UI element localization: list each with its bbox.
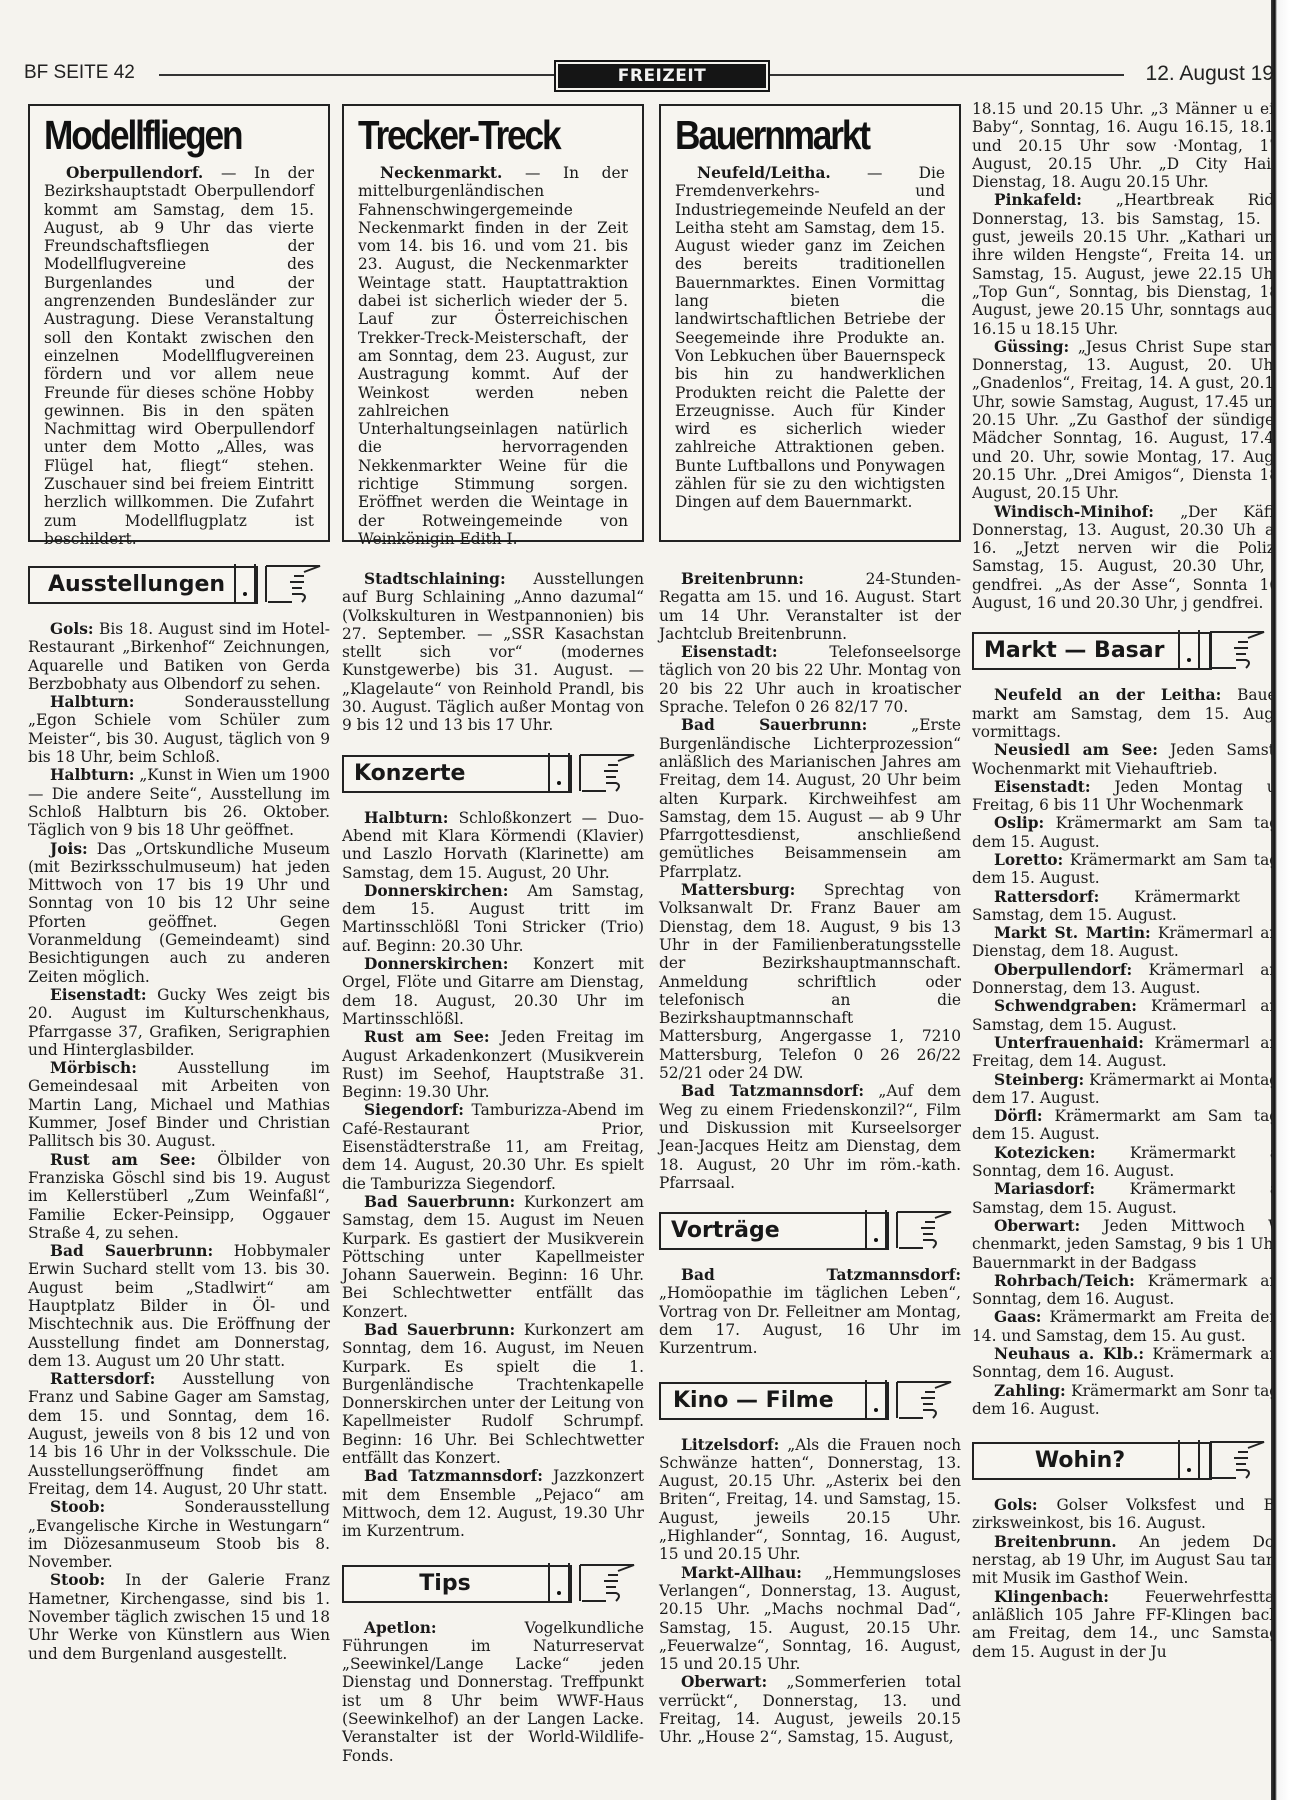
- listing-entry: Rattersdorf: Krämermarkt a Samstag, dem …: [972, 888, 1272, 925]
- listing-entry: Stoob: Sonderausstellung „Evangelische K…: [28, 1498, 330, 1571]
- masthead-rule-left: [159, 74, 554, 76]
- section-header-vortraege: Vorträge: [659, 1212, 961, 1252]
- listing-entry: Gaas: Krämermarkt am Freita dem 14. und …: [972, 1308, 1272, 1345]
- section-header-wohin: Wohin?: [972, 1442, 1272, 1482]
- listing-entry: Halbturn: Schloßkonzert — Duo-Abend mit …: [342, 809, 644, 882]
- dot-icon: [234, 564, 256, 602]
- section-title: Ausstellungen: [48, 568, 225, 602]
- listing-entry: Donnerskirchen: Konzert mit Orgel, Flöte…: [342, 955, 644, 1028]
- column-3: Breitenbrunn: 24-Stunden-Regatta am 15. …: [659, 570, 961, 1747]
- feature-trecker-treck: Trecker-Treck Neckenmarkt. — In der mitt…: [342, 104, 644, 542]
- listing-entry: Eisenstadt: Telefonseelsorge täglich von…: [659, 643, 961, 716]
- listing-entry: Mörbisch: Ausstellung im Gemeindesaal mi…: [28, 1059, 330, 1150]
- listing-entry: Rust am See: Ölbilder von Franziska Gösc…: [28, 1151, 330, 1242]
- listing-entry: Zahling: Krämermarkt am Sonr tag, dem 16…: [972, 1382, 1272, 1419]
- listing-entry: Güssing: „Jesus Christ Supe star“, Donne…: [972, 338, 1272, 503]
- listing-entry: Steinberg: Krämermarkt ai Montag, dem 17…: [972, 1071, 1272, 1108]
- listing-entry: Schwendgraben: Krämermarl am Samstag, de…: [972, 997, 1272, 1034]
- listing-entry: Bad Sauerbrunn: Kurkonzert am Samstag, d…: [342, 1193, 644, 1321]
- listing-entry: Siegendorf: Tamburizza-Abend im Café-Res…: [342, 1101, 644, 1192]
- section-title: Vorträge: [671, 1214, 780, 1248]
- issue-date: 12. August 19: [1146, 62, 1274, 86]
- listing-entry: Bad Tatzmannsdorf: „Homöopathie im tägli…: [659, 1266, 961, 1357]
- listing-entry: Breitenbrunn. An jedem Don nerstag, ab 1…: [972, 1533, 1272, 1588]
- section-title: Wohin?: [972, 1444, 1188, 1478]
- listing-entry: Mariasdorf: Krämermarkt ai Samstag, dem …: [972, 1180, 1272, 1217]
- listing-entry: Bad Sauerbrunn: Hobbymaler Erwin Suchard…: [28, 1242, 330, 1370]
- listing-entry: Neufeld an der Leitha: Bauer markt am Sa…: [972, 686, 1272, 741]
- listing-entry: Donnerskirchen: Am Samstag, dem 15. Augu…: [342, 882, 644, 955]
- feature-bauernmarkt: Bauernmarkt Neufeld/Leitha. — Die Fremde…: [659, 104, 961, 542]
- listing-entry: Rohrbach/Teich: Krämermark am Sonntag, d…: [972, 1272, 1272, 1309]
- dot-icon: [1178, 1440, 1200, 1478]
- dot-icon: [548, 1563, 570, 1601]
- section-title: Tips: [342, 1567, 548, 1601]
- listing-entry: Eisenstadt: Gucky Wes zeigt bis 20. Augu…: [28, 986, 330, 1059]
- tips-list-continued: Breitenbrunn: 24-Stunden-Regatta am 15. …: [659, 570, 961, 1192]
- kino-list: Litzelsdorf: „Als die Frauen noch Schwän…: [659, 1436, 961, 1747]
- dot-icon: [865, 1210, 887, 1248]
- section-title: Konzerte: [354, 757, 465, 791]
- feature-title: Bauernmarkt: [675, 112, 907, 158]
- feature-title: Trecker-Treck: [358, 112, 590, 158]
- column-4: 18.15 und 20.15 Uhr. „3 Männer u ein Bab…: [972, 100, 1272, 1800]
- tips-list: Apetlon: Vogelkundliche Führungen im Nat…: [342, 1619, 644, 1765]
- feature-title: Modellfliegen: [44, 112, 276, 158]
- listing-entry: Markt-Allhau: „Hemmungsloses Verlangen“,…: [659, 1564, 961, 1674]
- masthead-rule-right: [770, 74, 1124, 76]
- listing-entry: Bad Tatzmannsdorf: „Auf dem Weg zu einem…: [659, 1082, 961, 1192]
- section-header-kino: Kino — Filme: [659, 1382, 961, 1422]
- listing-entry: Loretto: Krämermarkt am Sam tag, dem 15.…: [972, 851, 1272, 888]
- section-title: Kino — Filme: [673, 1384, 834, 1418]
- listing-entry: Mattersburg: Sprechtag von Volksanwalt D…: [659, 881, 961, 1082]
- listing-entry: Neusiedl am See: Jeden Samsta Wochenmark…: [972, 741, 1272, 778]
- column-1: Ausstellungen Gols: Bis 18. August sind …: [28, 560, 330, 1663]
- feature-dateline: Oberpullendorf.: [66, 164, 203, 182]
- konzerte-list: Halbturn: Schloßkonzert — Duo-Abend mit …: [342, 809, 644, 1541]
- listing-entry: Bad Sauerbrunn: „Erste Burgenländische L…: [659, 716, 961, 881]
- listing-entry: Pinkafeld: „Heartbreak Ridg Donnerstag, …: [972, 191, 1272, 337]
- pointing-hand-icon: [895, 1378, 953, 1422]
- listing-entry: Eisenstadt: Jeden Montag ur Freitag, 6 b…: [972, 778, 1272, 815]
- listing-entry: Stoob: In der Galerie Franz Hametner, Ki…: [28, 1571, 330, 1662]
- listing-entry: Jois: Das „Ortskundliche Museum (mit Bez…: [28, 840, 330, 986]
- section-header-markt: Markt — Basar: [972, 632, 1272, 672]
- listing-entry: Markt St. Martin: Krämermarl am Dienstag…: [972, 924, 1272, 961]
- wohin-list: Gols: Golser Volksfest und Be zirksweink…: [972, 1496, 1272, 1661]
- markt-list: Neufeld an der Leitha: Bauer markt am Sa…: [972, 686, 1272, 1418]
- ausstellungen-list: Gols: Bis 18. August sind im Hotel-Resta…: [28, 620, 330, 1663]
- ausstellungen-list-continued: Stadtschlaining: Ausstellungen auf Burg …: [342, 570, 644, 735]
- pointing-hand-icon: [895, 1208, 953, 1252]
- listing-entry: Breitenbrunn: 24-Stunden-Regatta am 15. …: [659, 570, 961, 643]
- pointing-hand-icon: [578, 1561, 636, 1605]
- listing-entry: Bad Sauerbrunn: Kurkonzert am Sonntag, d…: [342, 1321, 644, 1467]
- section-header-konzerte: Konzerte: [342, 755, 644, 795]
- listing-entry: Stadtschlaining: Ausstellungen auf Burg …: [342, 570, 644, 735]
- listing-entry: Litzelsdorf: „Als die Frauen noch Schwän…: [659, 1436, 961, 1564]
- listing-entry: Rattersdorf: Ausstellung von Franz und S…: [28, 1370, 330, 1498]
- pointing-hand-icon: [578, 751, 636, 795]
- dot-icon: [548, 753, 570, 791]
- section-badge: FREIZEIT: [554, 60, 770, 92]
- listing-entry: Windisch-Minihof: „Der Käfig Donnerstag,…: [972, 503, 1272, 613]
- dot-icon: [865, 1380, 887, 1418]
- listing-entry: Oberwart: Jeden Mittwoch W chenmarkt, je…: [972, 1217, 1272, 1272]
- pointing-hand-icon: [1208, 1438, 1266, 1482]
- listing-entry: Dörfl: Krämermarkt am Sam tag, dem 15. A…: [972, 1107, 1272, 1144]
- page-number: BF SEITE 42: [24, 62, 135, 84]
- feature-dateline: Neckenmarkt.: [380, 164, 502, 182]
- listing-entry: Oberpullendorf: Krämermarl am Donnerstag…: [972, 961, 1272, 998]
- pointing-hand-icon: [264, 562, 322, 606]
- listing-entry: 18.15 und 20.15 Uhr. „3 Männer u ein Bab…: [972, 100, 1272, 191]
- section-header-tips: Tips: [342, 1565, 644, 1605]
- feature-modellfliegen: Modellfliegen Oberpullendorf. — In der B…: [28, 104, 330, 542]
- page-masthead: BF SEITE 42 FREIZEIT 12. August 19: [24, 60, 1274, 90]
- listing-entry: Gols: Golser Volksfest und Be zirksweink…: [972, 1496, 1272, 1533]
- section-title: Markt — Basar: [984, 634, 1164, 668]
- listing-entry: Apetlon: Vogelkundliche Führungen im Nat…: [342, 1619, 644, 1765]
- listing-entry: Oslip: Krämermarkt am Sam tag, dem 15. A…: [972, 814, 1272, 851]
- listing-entry: Klingenbach: Feuerwehrfesttag anläßlich …: [972, 1588, 1272, 1661]
- column-2: Stadtschlaining: Ausstellungen auf Burg …: [342, 570, 644, 1765]
- dot-icon: [1178, 630, 1200, 668]
- listing-entry: Rust am See: Jeden Freitag im August Ark…: [342, 1028, 644, 1101]
- listing-entry: Halbturn: „Kunst in Wien um 1900 — Die a…: [28, 766, 330, 839]
- listing-entry: Neuhaus a. Klb.: Krämermark am Sonntag, …: [972, 1345, 1272, 1382]
- section-header-ausstellungen: Ausstellungen: [28, 566, 330, 606]
- pointing-hand-icon: [1208, 628, 1266, 672]
- listing-entry: Kotezicken: Krämermarkt ai Sonntag, dem …: [972, 1144, 1272, 1181]
- listing-entry: Gols: Bis 18. August sind im Hotel-Resta…: [28, 620, 330, 693]
- vortraege-list: Bad Tatzmannsdorf: „Homöopathie im tägli…: [659, 1266, 961, 1357]
- listing-entry: Halbturn: Sonderausstellung „Egon Schiel…: [28, 693, 330, 766]
- listing-entry: Bad Tatzmannsdorf: Jazzkonzert mit dem E…: [342, 1467, 644, 1540]
- page-edge-shadow: [1271, 0, 1290, 1800]
- feature-body: — In der Bezirkshauptstadt Oberpullendor…: [44, 164, 314, 548]
- feature-body: — Die Fremdenverkehrs- und Industriegeme…: [675, 164, 945, 511]
- kino-list-continued: 18.15 und 20.15 Uhr. „3 Männer u ein Bab…: [972, 100, 1272, 612]
- listing-entry: Unterfrauenhaid: Krämermarl am Freitag, …: [972, 1034, 1272, 1071]
- listing-entry: Oberwart: „Sommerferien total verrückt“,…: [659, 1673, 961, 1746]
- feature-body: — In der mittelburgenländischen Fahnensc…: [358, 164, 628, 548]
- feature-dateline: Neufeld/Leitha.: [697, 164, 831, 182]
